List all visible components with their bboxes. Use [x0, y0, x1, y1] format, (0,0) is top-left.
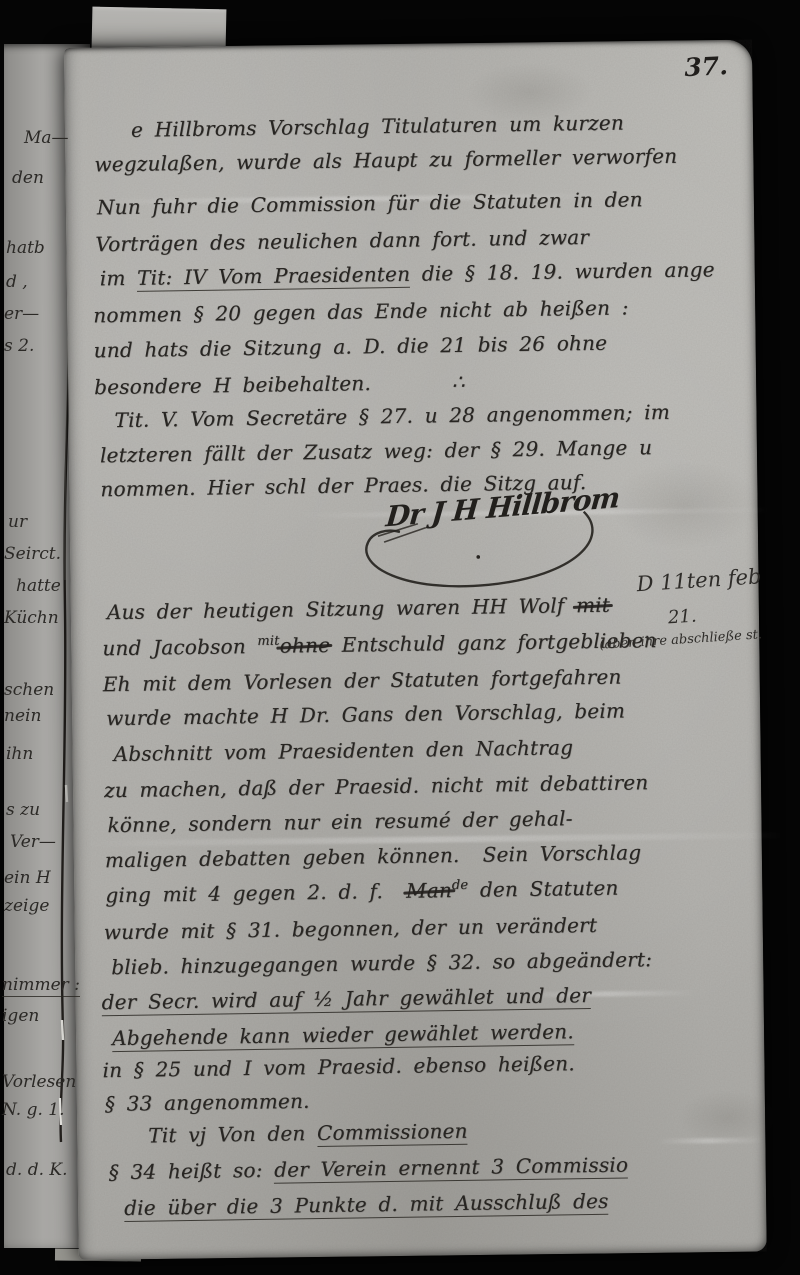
adjacent-page-text-fragment: Seirct.: [4, 544, 61, 564]
manuscript-line: § 33 angenommen.: [105, 1089, 310, 1116]
handwritten-text: ging mit 4 gegen 2. d. f.: [105, 879, 406, 907]
handwritten-text: blieb. hinzugegangen wurde § 32. so abge…: [111, 947, 652, 979]
handwritten-text: und hats die Sitzung a. D. die 21 bis 26…: [94, 331, 608, 363]
handwritten-text: Nun fuhr die Commission für die Statuten…: [97, 187, 643, 219]
handwritten-text: nommen § 20 gegen das Ende nicht ab heiß…: [93, 295, 629, 327]
adjacent-page-text-fragment: Küchn: [4, 608, 59, 628]
manuscript-line: letzteren fällt der Zusatz weg: der § 29…: [100, 435, 652, 467]
manuscript-line: Abschnitt vom Praesidenten den Nachtrag: [113, 735, 573, 766]
adjacent-page-text-fragment: zeige: [4, 896, 49, 916]
underlined-text: der Secr. wird auf ½ Jahr gewählet und d…: [101, 983, 591, 1016]
underlined-text: der Verein ernennt 3 Commissio: [274, 1153, 628, 1184]
manuscript-line: im Tit: IV Vom Praesidenten die § 18. 19…: [100, 257, 715, 290]
adjacent-page-text-fragment: hatte: [16, 576, 61, 596]
handwritten-text: den Statuten: [468, 876, 619, 902]
handwritten-text: Tit vj Von den: [148, 1121, 317, 1148]
manuscript-line: Nun fuhr die Commission für die Statuten…: [97, 187, 643, 219]
adjacent-page-text-fragment: s zu: [6, 800, 40, 820]
manuscript-line: Eh mit dem Vorlesen der Statuten fortgef…: [103, 665, 622, 697]
handwritten-text: Abschnitt vom Praesidenten den Nachtrag: [113, 735, 573, 766]
manuscript-line: Abgehende kann wieder gewählet werden.: [112, 1019, 574, 1050]
handwritten-text: wurde machte H Dr. Gans den Vorschlag, b…: [106, 699, 625, 731]
margin-date-note: 21.: [667, 606, 697, 629]
adjacent-page-text-fragment: ein H: [4, 868, 51, 888]
manuscript-line: wurde machte H Dr. Gans den Vorschlag, b…: [106, 699, 625, 731]
handwritten-text: und Jacobson: [102, 634, 257, 660]
handwritten-text: könne, sondern nur ein resumé der gehal-: [107, 806, 572, 837]
struck-text: Man: [406, 878, 452, 903]
handwritten-text: Eh mit dem Vorlesen der Statuten fortgef…: [103, 665, 622, 697]
adjacent-page-text-fragment: igen: [2, 1006, 39, 1026]
adjacent-page-text-fragment: schen: [4, 680, 54, 700]
handwritten-text: Vorträgen des neulichen dann fort. und z…: [95, 225, 589, 256]
handwritten-text: besondere H beibehalten. ∴: [94, 370, 465, 399]
manuscript-line: und Jacobson mitohne Entschuld ganz fort…: [102, 628, 657, 660]
underlined-text: Tit: IV Vom Praesidenten: [137, 262, 410, 292]
adjacent-page-text-fragment: Vorlesen: [2, 1072, 76, 1092]
underlined-text: Commissionen: [317, 1119, 468, 1147]
manuscript-line: § 34 heißt so: der Verein ernennt 3 Comm…: [109, 1153, 629, 1185]
manuscript-line: die über die 3 Punkte d. mit Ausschluß d…: [124, 1189, 609, 1220]
paper-stain: [609, 460, 760, 552]
manuscript-line: Tit vj Von den Commissionen: [148, 1119, 468, 1148]
adjacent-page-text-fragment: ur: [8, 512, 27, 532]
handwritten-text: § 34 heißt so:: [109, 1158, 275, 1184]
handwritten-text: Tit. V. Vom Secretäre § 27. u 28 angenom…: [114, 400, 670, 432]
adjacent-page-text-fragment: nein: [4, 706, 41, 726]
manuscript-scan: 37. e Hillbroms Vorschlag Titulaturen um…: [0, 0, 800, 1275]
adjacent-page-text-fragment: d ,: [6, 272, 28, 292]
adjacent-page-text-fragment: ihn: [6, 744, 33, 764]
signature: Dr J H Hillbrom: [359, 481, 620, 604]
adjacent-page-text-fragment: nimmer :: [2, 975, 80, 997]
manuscript-line: in § 25 und I vom Praesid. ebenso heißen…: [102, 1051, 575, 1082]
manuscript-line: nommen § 20 gegen das Ende nicht ab heiß…: [93, 295, 629, 327]
adjacent-page-text-fragment: d. d. K.: [6, 1160, 67, 1180]
manuscript-line: wurde mit § 31. begonnen, der un verände…: [104, 913, 598, 944]
adjacent-page-text-fragment: hatb: [6, 238, 45, 258]
manuscript-line: Vorträgen des neulichen dann fort. und z…: [95, 225, 589, 256]
handwritten-text: wurde mit § 31. begonnen, der un verände…: [104, 913, 598, 944]
adjacent-page-text-fragment: Ma—: [24, 128, 69, 148]
handwritten-text: wegzulaßen, wurde als Haupt zu formeller…: [94, 144, 677, 177]
manuscript-line: und hats die Sitzung a. D. die 21 bis 26…: [94, 331, 608, 363]
struck-text: ohne: [280, 633, 331, 658]
handwritten-text: letzteren fällt der Zusatz weg: der § 29…: [100, 435, 652, 467]
handwritten-text: die § 18. 19. wurden ange: [410, 257, 715, 286]
manuscript-line: zu machen, daß der Praesid. nicht mit de…: [104, 770, 649, 802]
handwritten-text: e Hillbroms Vorschlag Titulaturen um kur…: [131, 111, 624, 142]
adjacent-page-text-fragment: er—: [4, 304, 39, 324]
manuscript-line: besondere H beibehalten. ∴: [94, 370, 465, 399]
paper-tab-top: [92, 7, 227, 52]
adjacent-page-text-fragment: den: [12, 168, 44, 188]
adjacent-page-text-fragment: N. g. 1.: [2, 1100, 65, 1120]
handwritten-text: zu machen, daß der Praesid. nicht mit de…: [104, 770, 649, 802]
adjacent-page-text-fragment: Ver—: [10, 832, 56, 852]
manuscript-line: blieb. hinzugegangen wurde § 32. so abge…: [111, 947, 652, 979]
manuscript-page: 37. e Hillbroms Vorschlag Titulaturen um…: [64, 40, 767, 1260]
handwritten-text: im: [100, 266, 138, 291]
manuscript-line: e Hillbroms Vorschlag Titulaturen um kur…: [131, 111, 624, 142]
handwritten-text: § 33 angenommen.: [105, 1089, 310, 1116]
manuscript-line: ging mit 4 gegen 2. d. f. Mande den Stat…: [105, 876, 619, 908]
underlined-text: die über die 3 Punkte d. mit Ausschluß d…: [124, 1189, 609, 1222]
manuscript-line: könne, sondern nur ein resumé der gehal-: [107, 806, 572, 837]
margin-date-note: D 11ten feb: [636, 564, 762, 596]
manuscript-line: wegzulaßen, wurde als Haupt zu formeller…: [94, 144, 677, 177]
manuscript-line: Tit. V. Vom Secretäre § 27. u 28 angenom…: [114, 400, 670, 432]
page-number: 37.: [684, 51, 729, 82]
manuscript-line: der Secr. wird auf ½ Jahr gewählet und d…: [101, 983, 591, 1014]
adjacent-page-text-fragment: s 2.: [4, 336, 34, 356]
handwritten-text: in § 25 und I vom Praesid. ebenso heißen…: [102, 1051, 575, 1082]
underlined-text: Abgehende kann wieder gewählet werden.: [112, 1019, 574, 1052]
